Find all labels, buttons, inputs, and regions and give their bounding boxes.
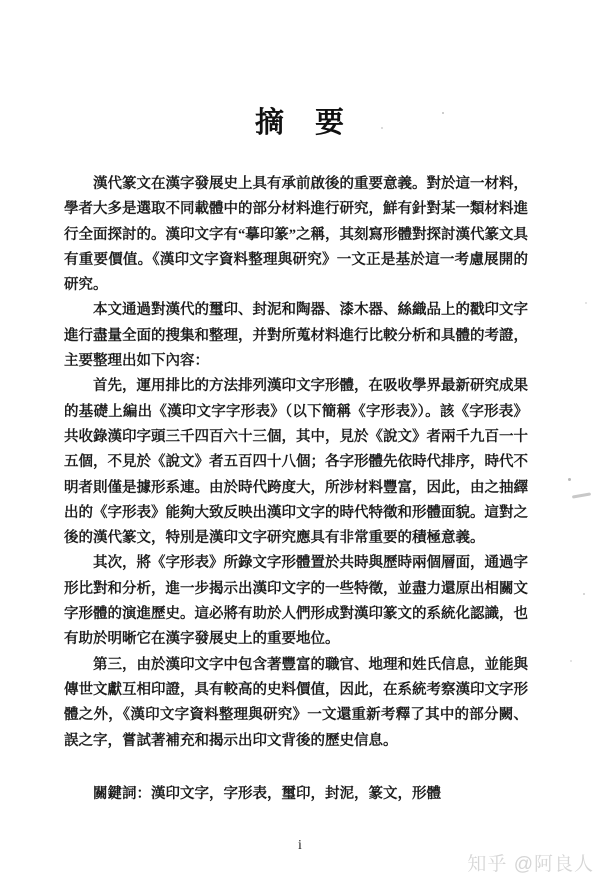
paragraph-1: 漢代篆文在漢字發展史上具有承前啟後的重要意義。對於這一材料，學者大多是選取不同載…: [64, 172, 528, 298]
keywords-line: 關鍵詞：漢印文字，字形表，璽印，封泥，篆文，形體: [64, 782, 528, 807]
paragraph-2: 本文通過對漢代的璽印、封泥和陶器、漆木器、絲織品上的戳印文字進行盡量全面的搜集和…: [64, 298, 528, 374]
scan-speck: [585, 302, 587, 304]
scan-smudge: [572, 492, 591, 498]
scan-speck: [570, 660, 572, 662]
paragraph-4: 其次，將《字形表》所錄文字形體置於共時與歷時兩個層面，通過字形比對和分析，進一步…: [64, 551, 528, 652]
zhihu-watermark: 知乎 @阿良人: [467, 849, 594, 876]
paragraph-3: 首先，運用排比的方法排列漢印文字形體，在吸收學界最新研究成果的基礎上編出《漢印文…: [64, 374, 528, 551]
keywords-label: 關鍵詞：: [93, 786, 151, 802]
scan-speck: [381, 127, 383, 129]
scan-speck: [442, 112, 444, 114]
abstract-page: 摘 要 漢代篆文在漢字發展史上具有承前啟後的重要意義。對於這一材料，學者大多是選…: [0, 0, 600, 887]
keywords-text: 漢印文字，字形表，璽印，封泥，篆文，形體: [151, 786, 441, 802]
scan-speck: [568, 478, 571, 481]
scan-speck: [583, 593, 585, 595]
page-title: 摘 要: [0, 100, 600, 141]
abstract-body: 漢代篆文在漢字發展史上具有承前啟後的重要意義。對於這一材料，學者大多是選取不同載…: [64, 172, 528, 807]
paragraph-5: 第三，由於漢印文字中包含著豐富的職官、地理和姓氏信息，並能與傳世文獻互相印證，具…: [64, 653, 528, 754]
